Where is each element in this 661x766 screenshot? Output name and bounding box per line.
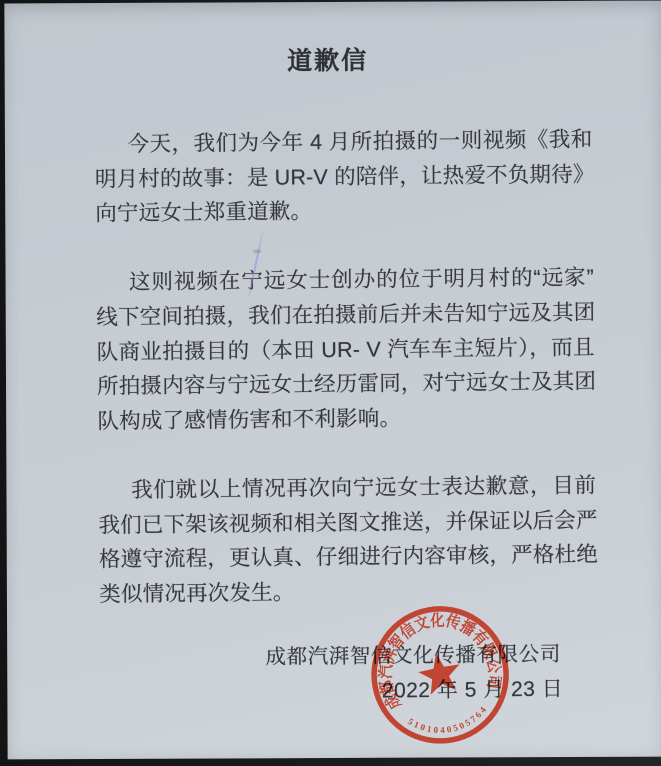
paragraph-line: 我们已下架该视频和相关图文推送，并保证以后会严 bbox=[98, 503, 596, 543]
star-icon bbox=[416, 649, 464, 696]
paragraph-line: 向宁远女士郑重道歉。 bbox=[95, 191, 593, 231]
paragraph-line: 队商业拍摄目的（本田 UR- V 汽车车主短片），而且 bbox=[97, 330, 595, 370]
paragraph-line: 线下空间拍摄，我们在拍摄前后并未告知宁远及其团 bbox=[96, 295, 594, 335]
company-seal: 成都汽湃智信文化传播有限公司 5101040505764 bbox=[353, 587, 528, 762]
signature-date: 2022 年 5 月 23 日 bbox=[100, 672, 598, 712]
photo-background: 道歉信 今天，我们为今年 4 月所拍摄的一则视频《我和 明月村的故事：是 UR-… bbox=[0, 0, 661, 766]
paragraph: 这则视频在宁远女士创办的位于明月村的“远家” 线下空间拍摄，我们在拍摄前后并未告… bbox=[96, 261, 596, 439]
company-signature: 成都汽湃智信文化传播有限公司 bbox=[100, 638, 598, 678]
paragraph-line: 类似情况再次发生。 bbox=[99, 572, 597, 612]
letter-body: 道歉信 今天，我们为今年 4 月所拍摄的一则视频《我和 明月村的故事：是 UR-… bbox=[93, 0, 598, 712]
paragraph-line: 这则视频在宁远女士创办的位于明月村的“远家” bbox=[96, 261, 594, 301]
letter-content: 道歉信 今天，我们为今年 4 月所拍摄的一则视频《我和 明月村的故事：是 UR-… bbox=[2, 0, 661, 761]
paragraph-line: 所拍摄内容与宁远女士经历雷同，对宁远女士及其团 bbox=[97, 364, 595, 404]
paragraph-line: 明月村的故事：是 UR-V 的陪伴，让热爱不负期待》 bbox=[95, 157, 593, 197]
paragraph-line: 队构成了感情伤害和不利影响。 bbox=[97, 399, 595, 439]
signature-block: 成都汽湃智信文化传播有限公司 2022 年 5 月 23 日 bbox=[100, 638, 599, 712]
paragraph: 今天，我们为今年 4 月所拍摄的一则视频《我和 明月村的故事：是 UR-V 的陪… bbox=[94, 122, 593, 231]
paper-document: 道歉信 今天，我们为今年 4 月所拍摄的一则视频《我和 明月村的故事：是 UR-… bbox=[4, 1, 661, 760]
paragraphs: 今天，我们为今年 4 月所拍摄的一则视频《我和 明月村的故事：是 UR-V 的陪… bbox=[94, 122, 597, 612]
paragraph-line: 我们就以上情况再次向宁远女士表达歉意，目前 bbox=[98, 468, 596, 508]
document-title: 道歉信 bbox=[64, 43, 592, 79]
paragraph-line: 今天，我们为今年 4 月所拍摄的一则视频《我和 bbox=[94, 122, 592, 162]
paragraph-line: 格遵守流程，更认真、仔细进行内容审核，严格杜绝 bbox=[99, 537, 597, 577]
paragraph: 我们就以上情况再次向宁远女士表达歉意，目前 我们已下架该视频和相关图文推送，并保… bbox=[98, 468, 597, 612]
